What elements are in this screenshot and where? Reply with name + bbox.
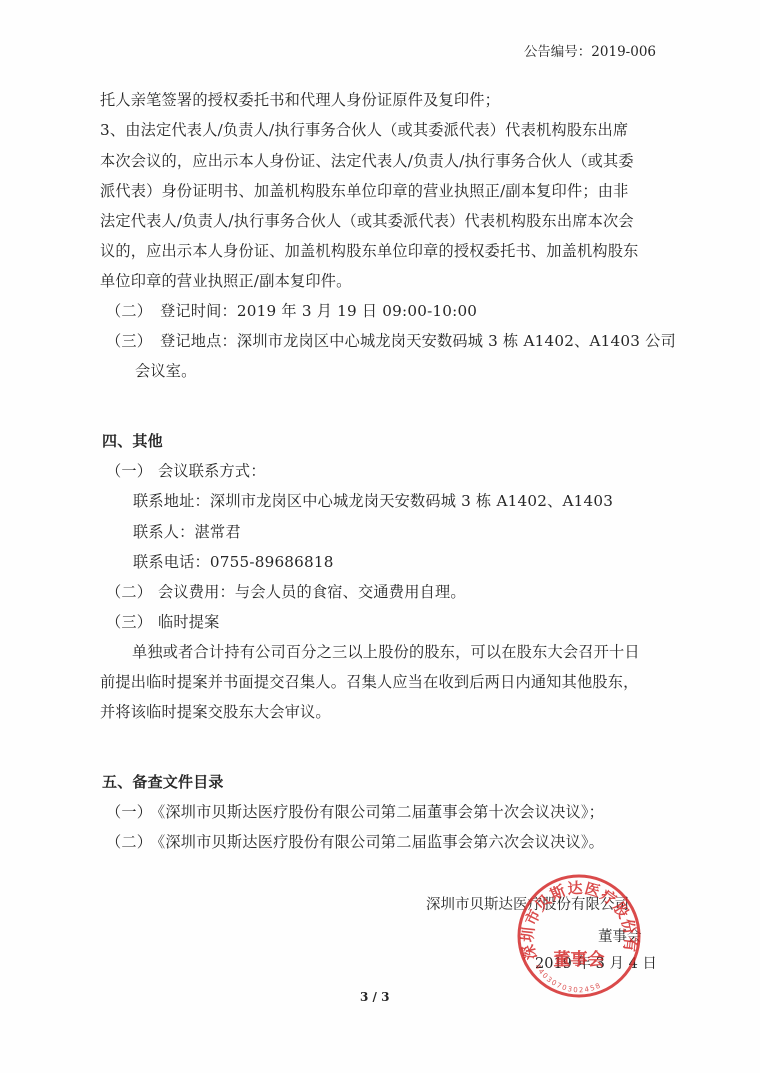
proposal-line: 前提出临时提案并书面提交召集人。召集人应当在收到后两日内通知其他股东， (100, 672, 639, 692)
registration-time: 登记时间：2019 年 3 月 19 日 09:00-10:00 (160, 301, 477, 321)
proposal-index: （三） (106, 612, 152, 632)
contact-person: 联系人：湛常君 (133, 522, 241, 542)
contact-index: （一） (106, 461, 152, 481)
body-line: 派代表）身份证明书、加盖机构股东单位印章的营业执照正/副本复印件；由非 (100, 181, 629, 201)
svg-text:深圳市贝斯达医疗股份有限公司: 深圳市贝斯达医疗股份有限公司 (515, 872, 640, 962)
contact-phone: 联系电话：0755-89686818 (133, 552, 334, 572)
proposal-line: 单独或者合计持有公司百分之三以上股份的股东，可以在股东大会召开十日 (132, 642, 640, 662)
fees-index: （二） (106, 582, 152, 602)
registration-time-index: （二） (106, 301, 152, 321)
page-number: 3 / 3 (360, 990, 389, 1004)
body-line: 单位印章的营业执照正/副本复印件。 (100, 271, 352, 291)
section-5-title: 五、备查文件目录 (102, 772, 224, 792)
company-seal-icon: 深圳市贝斯达医疗股份有限公司 董事会 4403070302458 (515, 872, 643, 1000)
fees-text: 会议费用：与会人员的食宿、交通费用自理。 (158, 582, 466, 602)
svg-text:董事会: 董事会 (554, 949, 605, 970)
proposal-line: 并将该临时提案交股东大会审议。 (100, 702, 331, 722)
body-line: 法定代表人/负责人/执行事务合伙人（或其委派代表）代表机构股东出席本次会 (100, 211, 634, 231)
contact-address: 联系地址：深圳市龙岗区中心城龙岗天安数码城 3 栋 A1402、A1403 (133, 491, 613, 511)
contact-label: 会议联系方式： (158, 461, 266, 481)
reference-index: （一） (106, 802, 152, 822)
body-line: 本次会议的，应出示本人身份证、法定代表人/负责人/执行事务合伙人（或其委 (100, 151, 634, 171)
reference-doc: 《深圳市贝斯达医疗股份有限公司第二届监事会第六次会议决议》。 (150, 832, 604, 852)
announcement-number: 公告编号：2019-006 (524, 40, 656, 60)
registration-place-continuation: 会议室。 (135, 361, 197, 381)
document-page: 公告编号：2019-006 托人亲笔签署的授权委托书和代理人身份证原件及复印件；… (0, 0, 760, 1073)
body-line: 议的，应出示本人身份证、加盖机构股东单位印章的授权委托书、加盖机构股东 (100, 241, 639, 261)
reference-doc: 《深圳市贝斯达医疗股份有限公司第二届董事会第十次会议决议》； (150, 802, 604, 822)
body-line: 3、由法定代表人/负责人/执行事务合伙人（或其委派代表）代表机构股东出席 (100, 120, 628, 140)
registration-place-index: （三） (106, 331, 152, 351)
section-4-title: 四、其他 (102, 431, 163, 451)
proposal-label: 临时提案 (158, 612, 220, 632)
reference-index: （二） (106, 832, 152, 852)
body-line: 托人亲笔签署的授权委托书和代理人身份证原件及复印件； (100, 90, 500, 110)
registration-place: 登记地点：深圳市龙岗区中心城龙岗天安数码城 3 栋 A1402、A1403 公司 (160, 331, 676, 351)
